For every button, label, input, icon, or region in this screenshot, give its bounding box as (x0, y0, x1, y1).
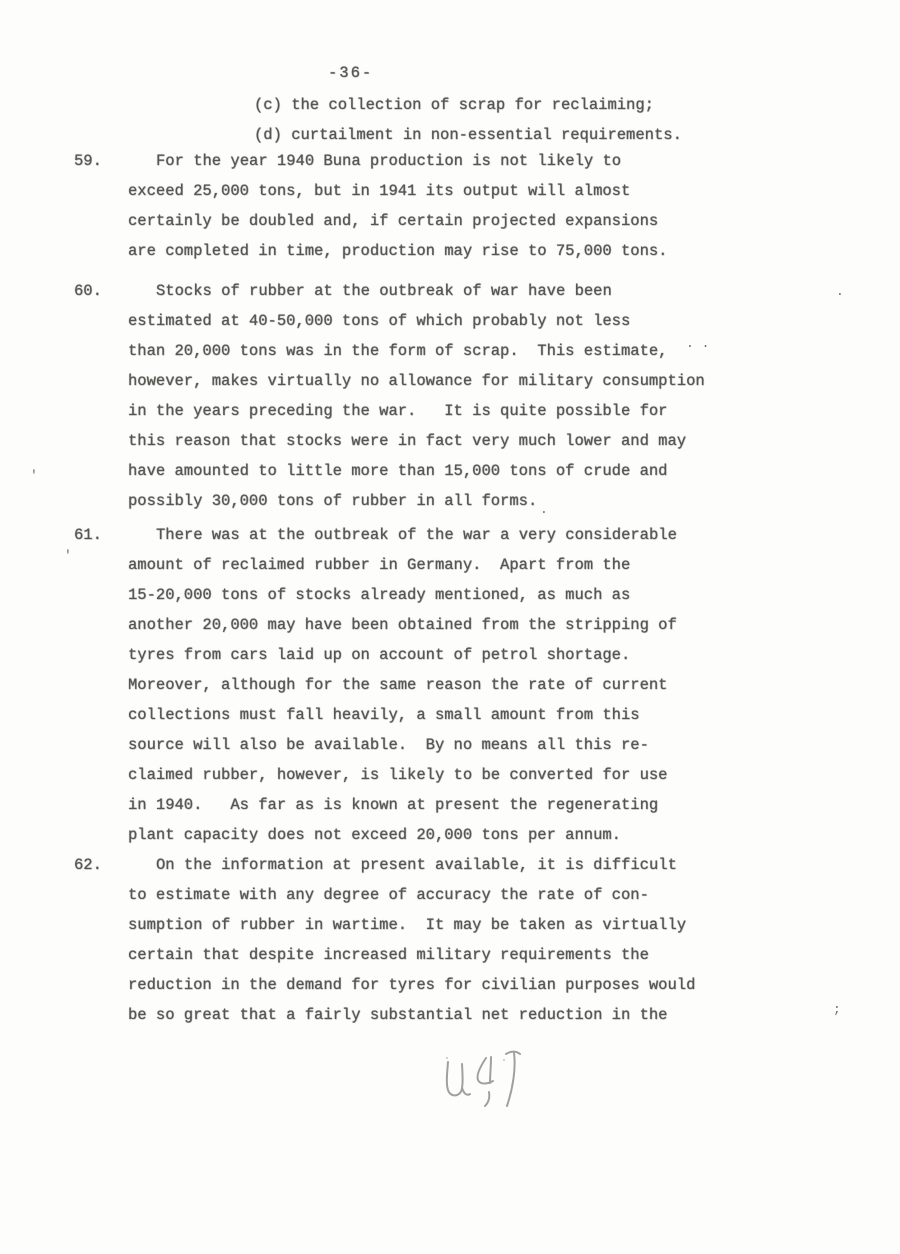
text-line: Stocks of rubber at the outbreak of war … (128, 276, 794, 306)
preamble-list: (c) the collection of scrap for reclaimi… (128, 90, 768, 150)
text-line: another 20,000 may have been obtained fr… (128, 610, 794, 640)
paragraph-61: 61.There was at the outbreak of the war … (74, 520, 794, 850)
text-line: collections must fall heavily, a small a… (128, 700, 794, 730)
text-line: amount of reclaimed rubber in Germany. A… (128, 550, 794, 580)
paragraph-lines: There was at the outbreak of the war a v… (128, 520, 794, 850)
paragraph-lines: For the year 1940 Buna production is not… (128, 146, 794, 266)
scan-speck: ' (30, 468, 38, 483)
text-line: claimed rubber, however, is likely to be… (128, 760, 794, 790)
text-line: certainly be doubled and, if certain pro… (128, 206, 794, 236)
text-line: in 1940. As far as is known at present t… (128, 790, 794, 820)
paragraph-number: 62. (74, 850, 102, 880)
text-line: estimated at 40-50,000 tons of which pro… (128, 306, 794, 336)
text-line: There was at the outbreak of the war a v… (128, 520, 794, 550)
paragraph-62: 62.On the information at present availab… (74, 850, 794, 1030)
scan-speck: . (540, 502, 548, 517)
text-line: this reason that stocks were in fact ver… (128, 426, 794, 456)
text-line: reduction in the demand for tyres for ci… (128, 970, 794, 1000)
text-line: exceed 25,000 tons, but in 1941 its outp… (128, 176, 794, 206)
text-line: are completed in time, production may ri… (128, 236, 794, 266)
text-line: For the year 1940 Buna production is not… (128, 146, 794, 176)
preamble-item: (c) the collection of scrap for reclaimi… (128, 90, 768, 120)
text-line: be so great that a fairly substantial ne… (128, 1000, 794, 1030)
text-line: have amounted to little more than 15,000… (128, 456, 794, 486)
scan-speck: . . (686, 336, 709, 351)
paragraph-lines: Stocks of rubber at the outbreak of war … (128, 276, 794, 516)
paragraph-number: 61. (74, 520, 102, 550)
paragraph-number: 59. (74, 146, 102, 176)
handwritten-mark: U 4 7 (438, 1046, 538, 1120)
pencil-mark-u47-icon (438, 1046, 538, 1120)
text-line: possibly 30,000 tons of rubber in all fo… (128, 486, 794, 516)
paragraph-60: 60.Stocks of rubber at the outbreak of w… (74, 276, 794, 516)
paragraph-lines: On the information at present available,… (128, 850, 794, 1030)
text-line: 15-20,000 tons of stocks already mention… (128, 580, 794, 610)
paragraph-59: 59.For the year 1940 Buna production is … (74, 146, 794, 266)
text-line: source will also be available. By no mea… (128, 730, 794, 760)
text-line: tyres from cars laid up on account of pe… (128, 640, 794, 670)
scanned-document-page: -36- (c) the collection of scrap for rec… (0, 0, 900, 1254)
scan-speck: ; (833, 1002, 841, 1017)
text-line: plant capacity does not exceed 20,000 to… (128, 820, 794, 850)
text-line: Moreover, although for the same reason t… (128, 670, 794, 700)
text-line: however, makes virtually no allowance fo… (128, 366, 794, 396)
text-line: in the years preceding the war. It is qu… (128, 396, 794, 426)
paragraph-number: 60. (74, 276, 102, 306)
text-line: certain that despite increased military … (128, 940, 794, 970)
text-line: to estimate with any degree of accuracy … (128, 880, 794, 910)
page-number: -36- (328, 58, 373, 88)
scan-speck: ' (64, 548, 72, 563)
text-line: On the information at present available,… (128, 850, 794, 880)
scan-speck: . (836, 284, 844, 299)
text-line: sumption of rubber in wartime. It may be… (128, 910, 794, 940)
